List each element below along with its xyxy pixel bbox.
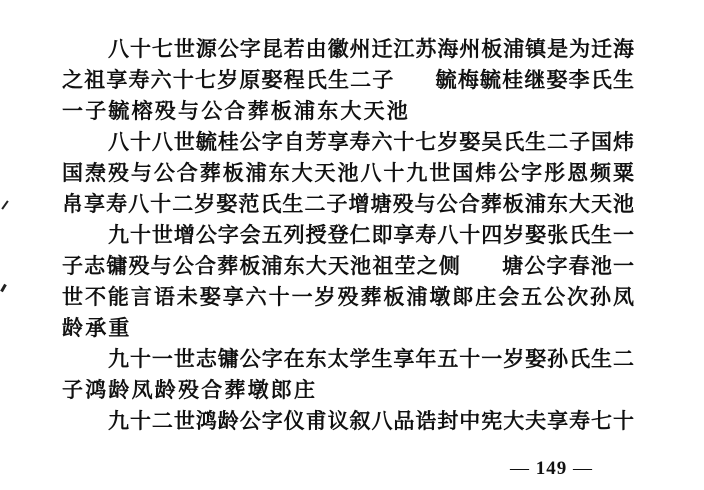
- genealogy-text-body: 八十七世源公字昆若由徽州迁江苏海州板浦镇是为迁海 之祖享寿六十七岁原娶程氏生二子…: [62, 33, 634, 436]
- text-line-2-part-a: 之祖享寿六十七岁原娶程氏生二子: [62, 67, 395, 92]
- scan-artifact-mark: [0, 284, 7, 292]
- text-line-8: 子志镛殁与公合葬板浦东大天池祖茔之侧塘公字春池一: [62, 250, 634, 281]
- page-number: 149: [536, 458, 568, 479]
- text-line-13: 九十二世鸿龄公字仪甫议叙八品诰封中宪大夫享寿七十: [62, 405, 634, 436]
- text-line-8-part-b: 塘公字春池一: [501, 253, 634, 278]
- page-number-dash-left: —: [510, 458, 530, 479]
- text-line-4: 八十八世毓桂公字自芳享寿六十七岁娶吴氏生二子国炜: [62, 126, 634, 157]
- text-line-12: 子鸿龄凤龄殁合葬墩郎庄: [62, 374, 634, 405]
- scan-artifact-mark: [1, 200, 8, 209]
- text-line-7: 九十世增公字会五列授登仁即享寿八十四岁娶张氏生一: [62, 219, 634, 250]
- text-line-6: 帛享寿八十二岁娶范氏生二子增塘殁与公合葬板浦东大天池: [62, 188, 634, 219]
- text-line-2: 之祖享寿六十七岁原娶程氏生二子毓梅毓桂继娶李氏生: [62, 64, 634, 95]
- text-line-2-part-b: 毓梅毓桂继娶李氏生: [435, 67, 635, 92]
- scanned-document-page: 八十七世源公字昆若由徽州迁江苏海州板浦镇是为迁海 之祖享寿六十七岁原娶程氏生二子…: [0, 0, 704, 490]
- text-line-9: 世不能言语未娶享六十一岁殁葬板浦墩郞庄会五公次孙凤: [62, 281, 634, 312]
- text-line-10: 龄承重: [62, 312, 634, 343]
- page-number-dash-right: —: [573, 458, 593, 479]
- text-line-3: 一子毓榕殁与公合葬板浦东大天池: [62, 95, 634, 126]
- text-line-5: 国焘殁与公合葬板浦东大天池八十九世国炜公字彤恩频粟: [62, 157, 634, 188]
- text-line-1: 八十七世源公字昆若由徽州迁江苏海州板浦镇是为迁海: [62, 33, 634, 64]
- page-number-footer: — 149 —: [510, 458, 593, 480]
- text-line-11: 九十一世志镛公字在东太学生享年五十一岁娶孙氏生二: [62, 343, 634, 374]
- text-line-8-part-a: 子志镛殁与公合葬板浦东大天池祖茔之侧: [62, 253, 461, 278]
